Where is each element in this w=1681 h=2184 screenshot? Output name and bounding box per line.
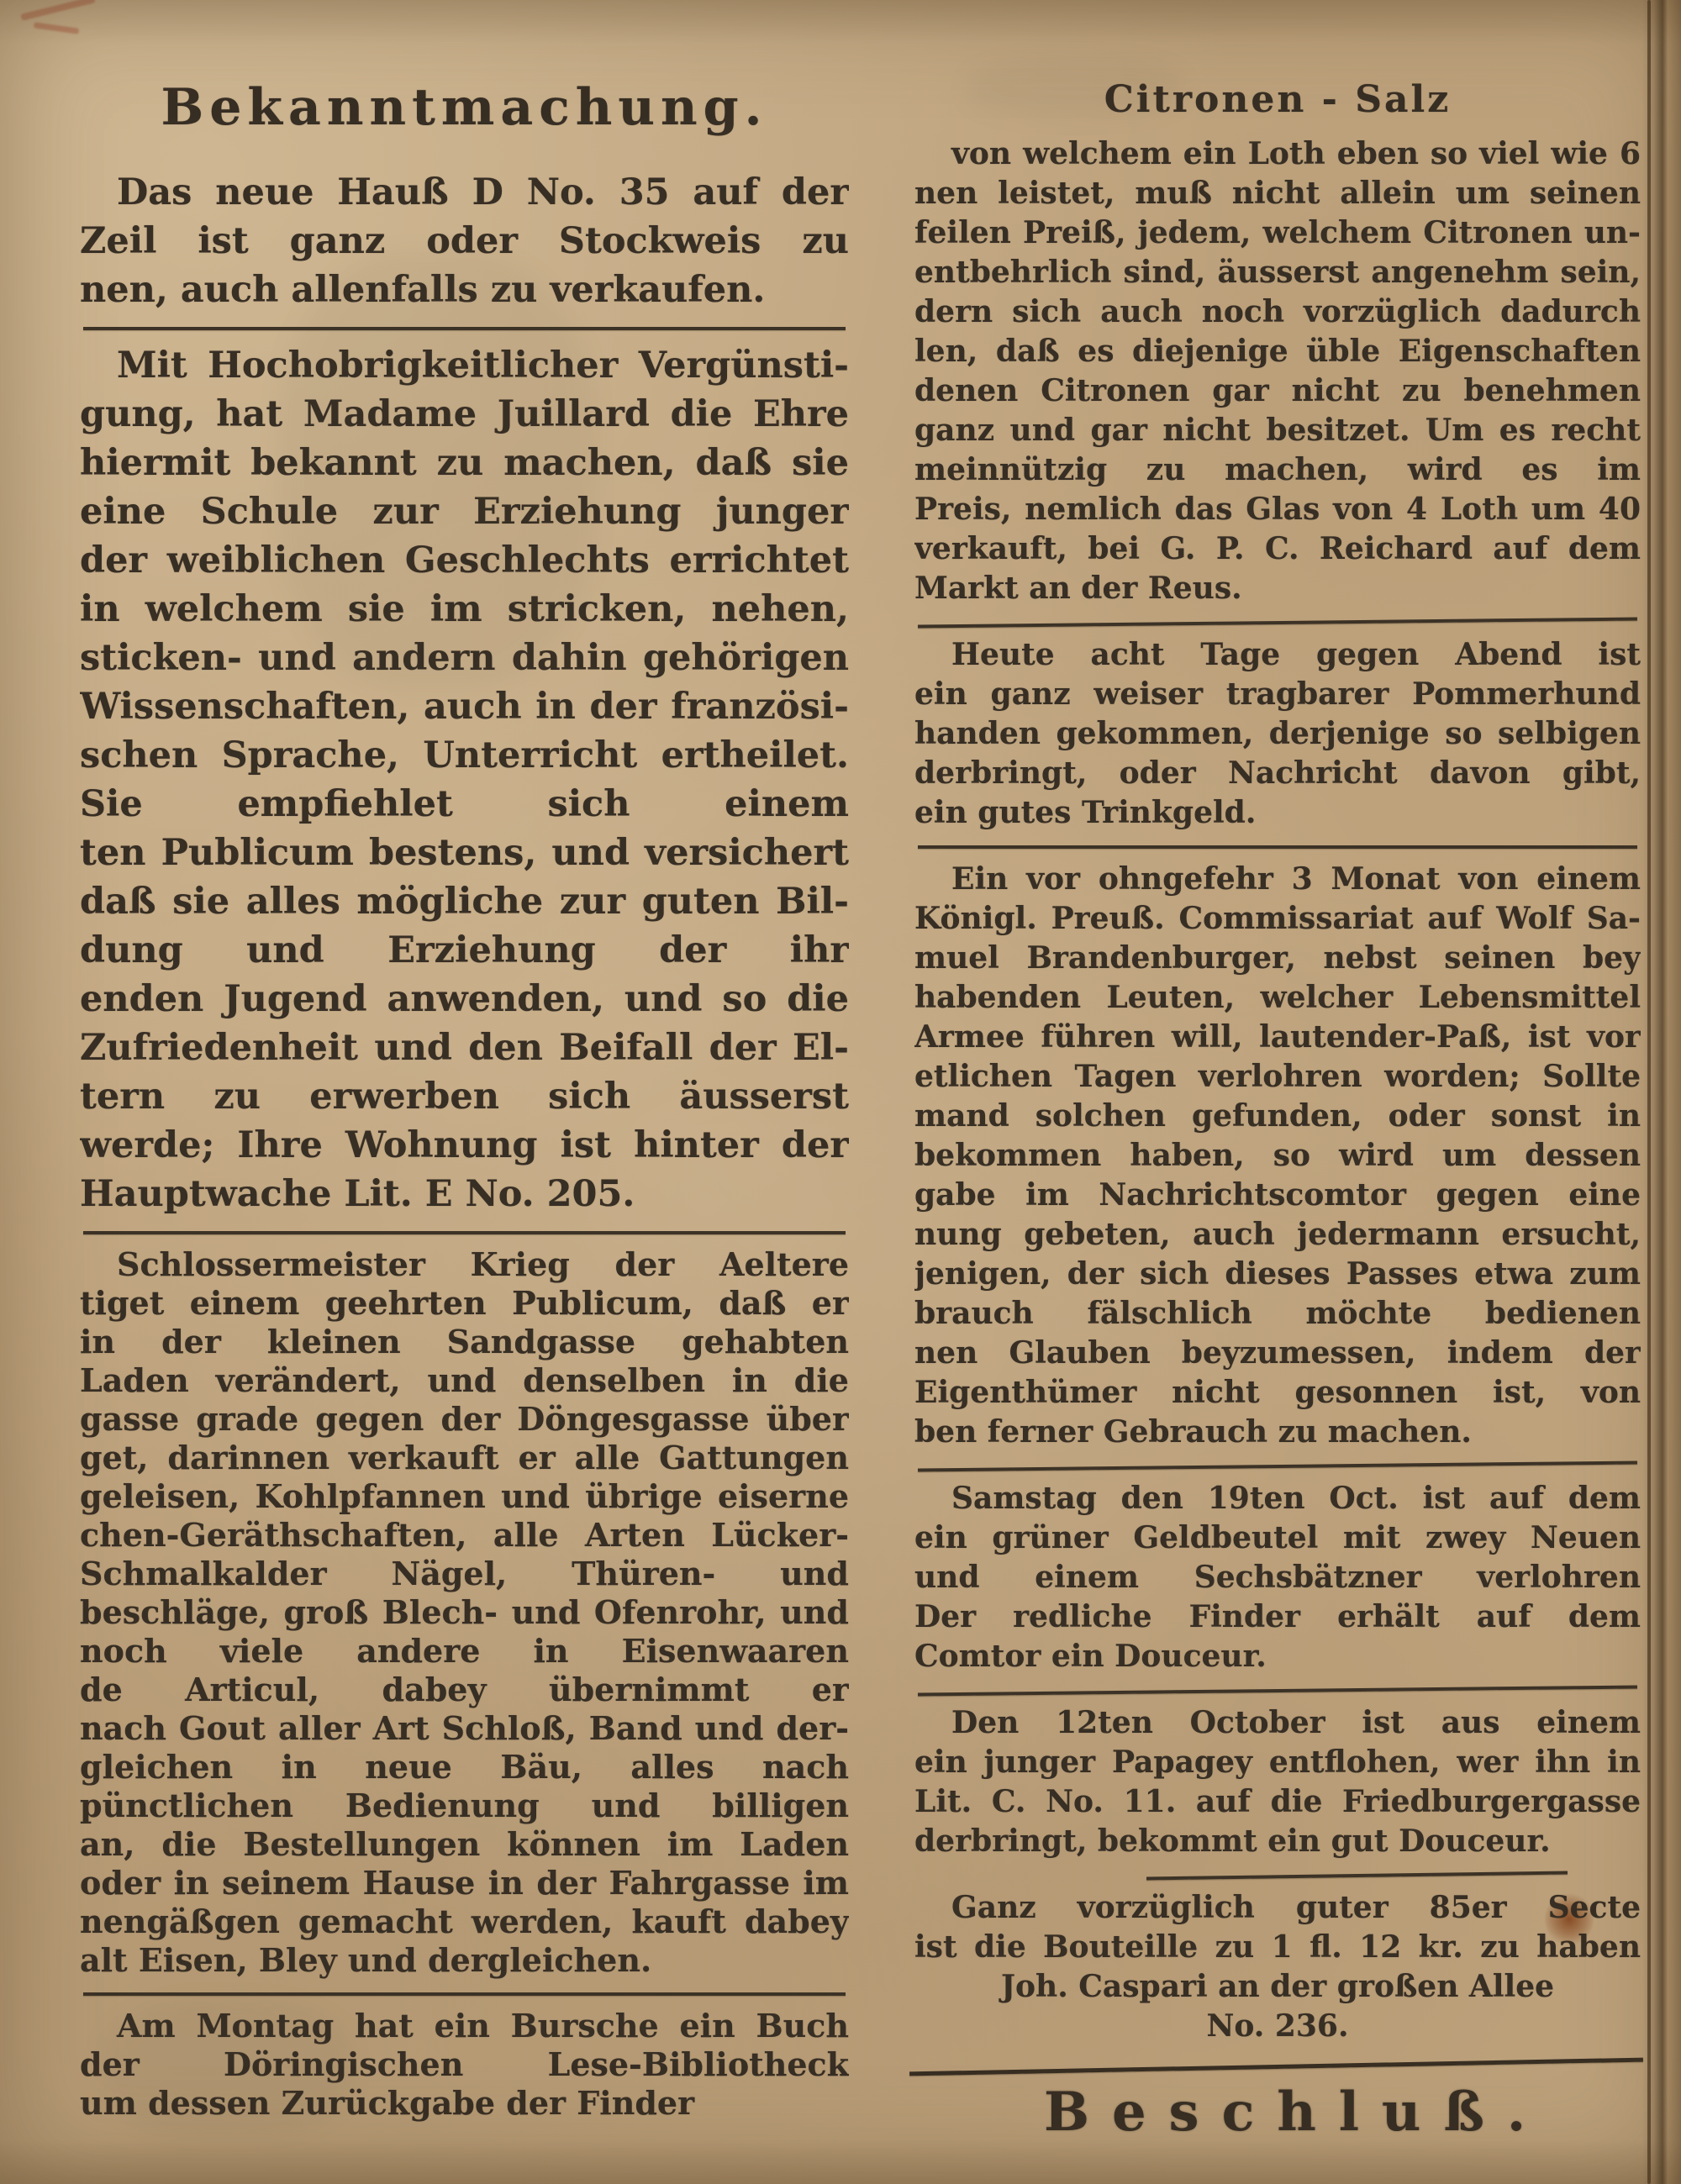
text-line: ein ganz weiser tragbarer Pommerhund ab- <box>914 675 1641 714</box>
text-line: ganz und gar nicht besitzet. Um es recht… <box>914 411 1641 450</box>
text-line: Armee führen will, lautender-Paß, ist vo… <box>914 1018 1641 1057</box>
text-line: get, darinnen verkauft er alle Gattungen… <box>80 1439 849 1477</box>
text-line: ist die Bouteille zu 1 fl. 12 kr. zu hab… <box>914 1928 1641 1967</box>
text-line: der Döringischen Lese-Bibliotheck verloh… <box>80 2045 849 2084</box>
red-margin-mark <box>20 0 95 21</box>
text-line: Comtor ein Douceur. <box>914 1637 1641 1676</box>
text-line: dung und Erziehung der ihr anvertrau- <box>80 926 849 975</box>
text-line: Ein vor ohngefehr 3 Monat von einem <box>914 860 1641 899</box>
advertisement-malaga-wine: Ganz vorzüglich guter 85er Secte Mallaga… <box>914 1888 1641 2046</box>
text-line: Den 12ten October ist aus einem Zimmer <box>914 1703 1641 1743</box>
text-line: derbringt, oder Nachricht davon gibt, er… <box>914 754 1641 793</box>
text-line: verkauft, bei G. P. C. Reichard auf dem <box>914 529 1641 569</box>
section-divider <box>909 2058 1643 2076</box>
notice-lost-dog: Heute acht Tage gegen Abend ist jemanden… <box>914 635 1641 833</box>
text-line: tiget einem geehrten Publicum, daß er se… <box>80 1284 849 1323</box>
text-line: habenden Leuten, welcher Lebensmittel zu… <box>914 978 1641 1018</box>
text-line: muel Brandenburger, nebst seinen bey sic… <box>914 939 1641 978</box>
section-divider <box>918 618 1637 629</box>
text-line: Hauptwache Lit. E No. 205. <box>80 1170 849 1218</box>
text-line: um dessen Zurückgabe der Finder gebeten … <box>80 2084 849 2123</box>
text-line: oder in seinem Hause in der Fahrgasse im… <box>80 1864 849 1902</box>
text-line: hiermit bekannt zu machen, daß sie <box>80 439 849 487</box>
text-line: nung gebeten, auch jedermann ersucht, de… <box>914 1215 1641 1255</box>
text-line: len, daß es diejenige üble Eigenschaften… <box>914 332 1641 371</box>
text-line: Eigenthümer nicht gesonnen ist, von dems… <box>914 1373 1641 1413</box>
text-line: Joh. Caspari an der großen Allee <box>914 1967 1641 2007</box>
text-line: brauch fälschlich möchte bedienen wollen… <box>914 1294 1641 1334</box>
closing-word: Beschluß. <box>914 2081 1641 2144</box>
text-line: daß sie alles mögliche zur guten Bil- <box>80 877 849 926</box>
text-line: derbringt, bekommt ein gut Douceur. <box>914 1822 1641 1861</box>
newspaper-page: Bekanntmachung. Das neue Hauß D No. 35 a… <box>0 0 1681 2184</box>
text-line: nengäßgen gemacht werden, kauft dabey au… <box>80 1902 849 1941</box>
text-line: Schmalkalder Nägel, Thüren- und Schränck… <box>80 1555 849 1593</box>
section-divider <box>1146 1871 1568 1881</box>
text-line: eine Schule zur Erziehung junger Kin- <box>80 487 849 536</box>
text-line: handen gekommen, derjenige so selbigen w… <box>914 714 1641 754</box>
text-line: Ganz vorzüglich guter 85er Secte Mallaga… <box>914 1888 1641 1928</box>
text-line: Zufriedenheit und den Beifall der El- <box>80 1024 849 1072</box>
text-line: entbehrlich sind, äusserst angenehm sein… <box>914 253 1641 292</box>
advertisement-juillard-school: Mit Hochobrigkeitlicher Vergünsti-gung, … <box>80 341 849 1218</box>
page-title: Bekanntmachung. <box>80 77 849 138</box>
text-line: ten Publicum bestens, und versichert <box>80 829 849 877</box>
section-divider <box>83 1231 846 1234</box>
text-line: jenigen, der sich dieses Passes etwa zum… <box>914 1255 1641 1294</box>
text-line: bekommen haben, so wird um dessen Zurück… <box>914 1136 1641 1176</box>
notice-lost-book: Am Montag hat ein Bursche ein Buch ausde… <box>80 2007 849 2123</box>
text-line: etlichen Tagen verlohren worden; Sollte … <box>914 1057 1641 1097</box>
text-line: nen, auch allenfalls zu verkaufen. <box>80 266 849 314</box>
text-line: ein grüner Geldbeutel mit zwey Neuen Tha… <box>914 1518 1641 1558</box>
text-line: in der kleinen Sandgasse gehabten Eisenw… <box>80 1323 849 1361</box>
text-line: schen Sprache, Unterricht ertheilet. <box>80 731 849 780</box>
notice-escaped-parrot: Den 12ten October ist aus einem Zimmerei… <box>914 1703 1641 1861</box>
text-line: ein gutes Trinkgeld. <box>914 793 1641 833</box>
advertisement-locksmith-krieg: Schlossermeister Krieg der Aeltere benac… <box>80 1245 849 1980</box>
text-line: enden Jugend anwenden, und so die <box>80 975 849 1024</box>
text-line: der weiblichen Geschlechts errichtet hat… <box>80 536 849 585</box>
text-line: nen leistet, muß nicht allein um seinen … <box>914 174 1641 213</box>
text-line: Wissenschaften, auch in der französi- <box>80 682 849 731</box>
text-line: Mit Hochobrigkeitlicher Vergünsti- <box>80 341 849 390</box>
text-line: in welchem sie im stricken, nehen, <box>80 585 849 634</box>
text-line: chen-Geräthschaften, alle Arten Lücker- … <box>80 1516 849 1555</box>
section-divider <box>83 1992 846 1996</box>
section-divider <box>918 845 1637 849</box>
text-line: an, die Bestellungen können im Laden sel… <box>80 1825 849 1864</box>
text-line: Laden verändert, und denselben in die Fa… <box>80 1361 849 1400</box>
text-line: geleisen, Kohlpfannen und übrige eiserne… <box>80 1477 849 1516</box>
page-edge-line <box>1647 0 1651 2184</box>
text-line: von welchem ein Loth eben so viel wie 6 … <box>914 134 1641 174</box>
text-line: alt Eisen, Bley und dergleichen. <box>80 1941 849 1980</box>
text-line: Preis, nemlich das Glas von 4 Loth um 40… <box>914 490 1641 529</box>
text-line: Königl. Preuß. Commissariat auf Wolf Sa- <box>914 899 1641 939</box>
text-line: mand solchen gefunden, oder sonst in Hän… <box>914 1097 1641 1136</box>
text-line: dern sich auch noch vorzüglich dadurch e… <box>914 292 1641 332</box>
notice-lost-pass: Ein vor ohngefehr 3 Monat von einemKönig… <box>914 860 1641 1452</box>
text-line: pünctlichen Bedienung und billigen Preiß… <box>80 1787 849 1825</box>
text-line: Markt an der Reus. <box>914 569 1641 608</box>
text-line: Sie empfiehlet sich einem hochgeschätz- <box>80 780 849 829</box>
text-line: No. 236. <box>914 2007 1641 2046</box>
text-line: Das neue Hauß D No. 35 auf der <box>80 168 849 217</box>
text-line: feilen Preiß, jedem, welchem Citronen un… <box>914 213 1641 253</box>
text-line: ben ferner Gebrauch zu machen. <box>914 1413 1641 1452</box>
text-line: Lit. C. No. 11. auf die Friedburgergasse… <box>914 1782 1641 1822</box>
section-divider <box>918 1461 1637 1472</box>
text-line: tern zu erwerben sich äusserst bestreben <box>80 1072 849 1121</box>
section-divider <box>918 1686 1637 1697</box>
text-line: gleichen in neue Bäu, alles nach zufried… <box>80 1748 849 1787</box>
advertisement-citronen-salz: von welchem ein Loth eben so viel wie 6 … <box>914 134 1641 608</box>
text-line: noch viele andere in Eisenwaaren einschl… <box>80 1632 849 1671</box>
text-line: und einem Sechsbätzner verlohren worden. <box>914 1558 1641 1597</box>
text-line: de Articul, dabey übernimmt er Bestellun… <box>80 1671 849 1709</box>
text-line: Heute acht Tage gegen Abend ist jemanden <box>914 635 1641 675</box>
left-column: Bekanntmachung. Das neue Hauß D No. 35 a… <box>80 77 849 2123</box>
advertisement-house-for-rent: Das neue Hauß D No. 35 auf derZeil ist g… <box>80 168 849 314</box>
text-line: sticken- und andern dahin gehörigen <box>80 634 849 682</box>
text-line: beschläge, groß Blech- und Ofenrohr, und <box>80 1593 849 1632</box>
text-line: denen Citronen gar nicht zu benehmen sin… <box>914 371 1641 411</box>
text-line: werde; Ihre Wohnung ist hinter der <box>80 1121 849 1170</box>
text-line: meinnützig zu machen, wird es im Fabrick… <box>914 450 1641 490</box>
text-line: Der redliche Finder erhält auf dem Nachr… <box>914 1597 1641 1637</box>
section-divider <box>83 327 846 330</box>
text-line: ein junger Papagey entflohen, wer ihn in <box>914 1743 1641 1782</box>
text-line: Samstag den 19ten Oct. ist auf dem Markt <box>914 1479 1641 1518</box>
text-line: nen Glauben beyzumessen, indem der wahre <box>914 1334 1641 1373</box>
notice-lost-purse: Samstag den 19ten Oct. ist auf dem Markt… <box>914 1479 1641 1676</box>
text-line: gung, hat Madame Juillard die Ehre <box>80 390 849 439</box>
right-column: Citronen - Salz von welchem ein Loth ebe… <box>914 81 1641 2144</box>
text-line: gabe im Nachrichtscomtor gegen eine Belo… <box>914 1176 1641 1215</box>
text-line: Zeil ist ganz oder Stockweis zu verleh- <box>80 217 849 266</box>
text-line: Am Montag hat ein Bursche ein Buch aus <box>80 2007 849 2045</box>
text-line: Schlossermeister Krieg der Aeltere benac… <box>80 1245 849 1284</box>
text-line: nach Gout aller Art Schloß, Band und der… <box>80 1709 849 1748</box>
text-line: gasse grade gegen der Döngesgasse über v… <box>80 1400 849 1439</box>
section-heading: Citronen - Salz <box>914 81 1641 119</box>
red-margin-mark <box>34 22 79 34</box>
